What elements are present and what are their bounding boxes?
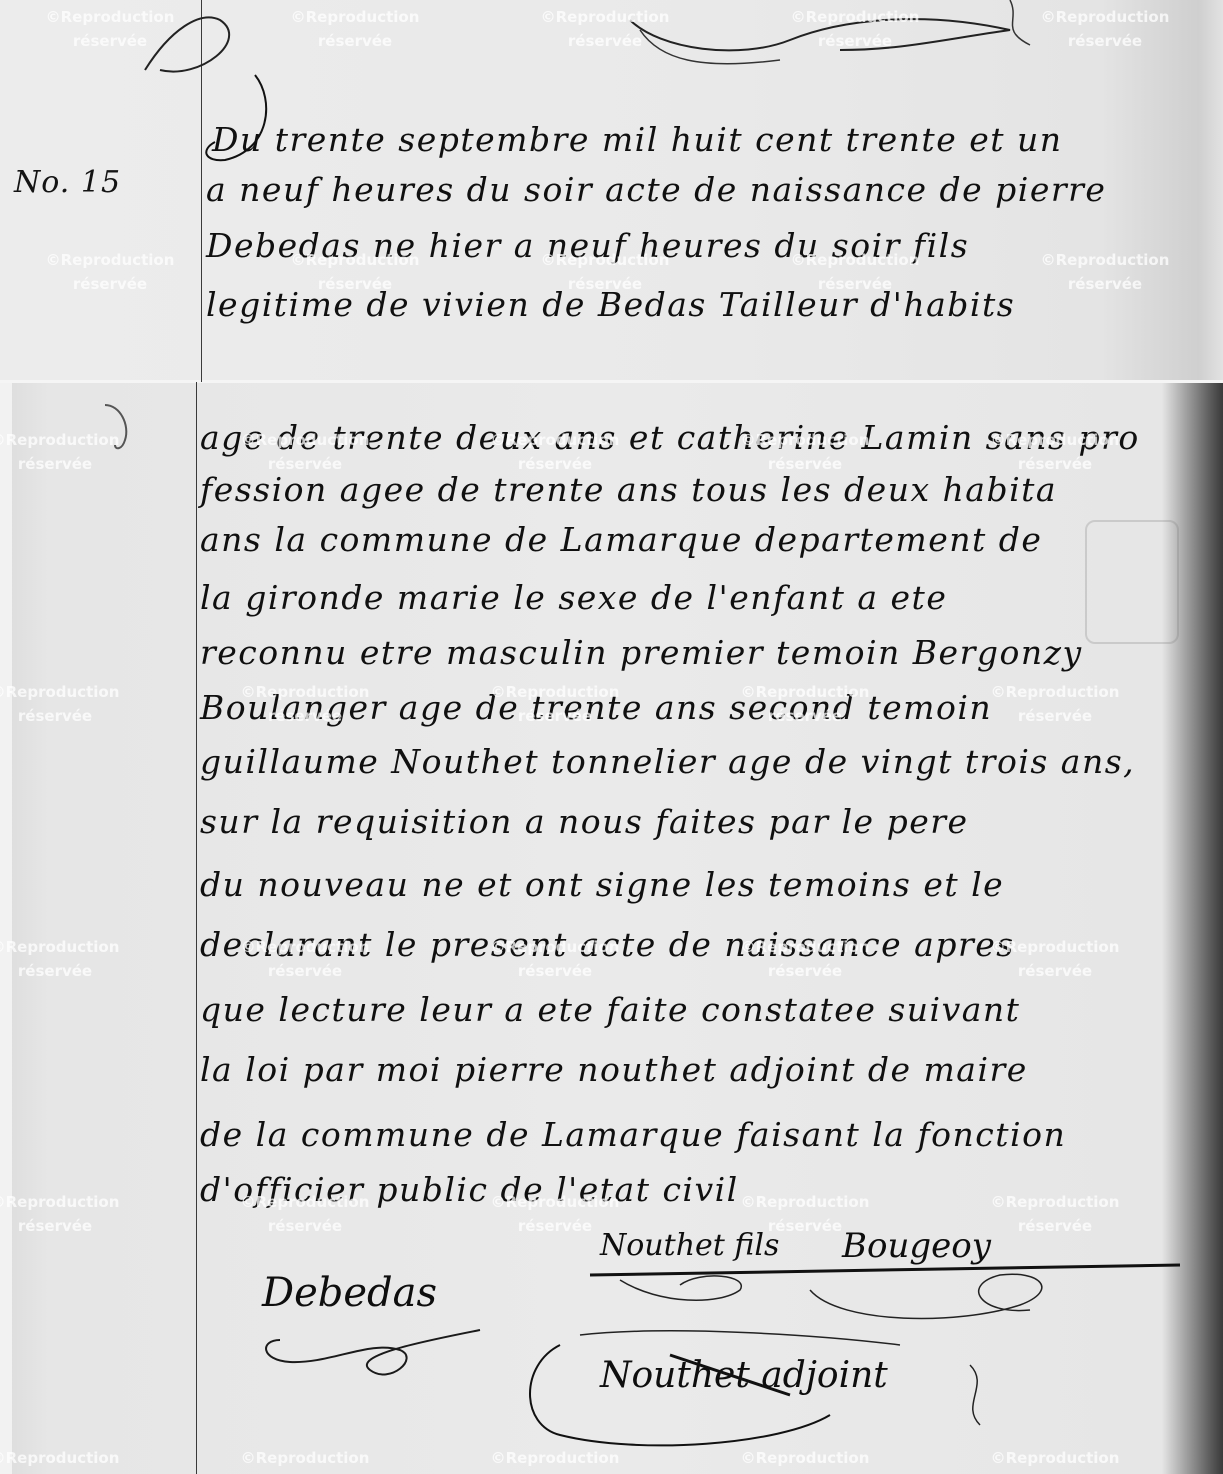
signature-declarant: Debedas (262, 1270, 437, 1316)
record-line: legitime de vivien de Bedas Tailleur d'h… (206, 285, 1015, 324)
record-line: la gironde marie le sexe de l'enfant a e… (200, 578, 947, 617)
faded-stamp (1085, 520, 1179, 644)
record-line: declarant le present acte de naissance a… (200, 925, 1015, 964)
record-line: Boulanger age de trente ans second temoi… (200, 688, 992, 727)
signature-witness-2: Bougeoy (842, 1226, 991, 1266)
record-line: que lecture leur a ete faite constatee s… (200, 990, 1020, 1029)
record-line: age de trente deux ans et catherine Lami… (200, 418, 1140, 457)
scan-seam (0, 380, 1223, 383)
entry-number: No. 15 (14, 165, 121, 200)
record-line: fession agee de trente ans tous les deux… (200, 470, 1057, 509)
record-line: guillaume Nouthet tonnelier age de vingt… (200, 742, 1135, 781)
record-line: Du trente septembre mil huit cent trente… (212, 120, 1063, 159)
record-line: sur la requisition a nous faites par le … (200, 802, 969, 841)
record-line: du nouveau ne et ont signe les temoins e… (200, 865, 1004, 904)
record-line: ans la commune de Lamarque departement d… (200, 520, 1042, 559)
record-line: Debedas ne hier a neuf heures du soir fi… (206, 226, 969, 265)
margin-rule (201, 0, 202, 382)
margin-rule (196, 382, 197, 1474)
signature-witness-1: Nouthet fils (600, 1228, 779, 1263)
signature-officer: Nouthet adjoint (600, 1355, 888, 1396)
record-line: a neuf heures du soir acte de naissance … (206, 170, 1106, 209)
record-line: reconnu etre masculin premier temoin Ber… (200, 633, 1083, 672)
record-line: la loi par moi pierre nouthet adjoint de… (200, 1050, 1028, 1089)
record-line: de la commune de Lamarque faisant la fon… (200, 1115, 1066, 1154)
record-line: d'officier public de l'etat civil (200, 1170, 739, 1209)
